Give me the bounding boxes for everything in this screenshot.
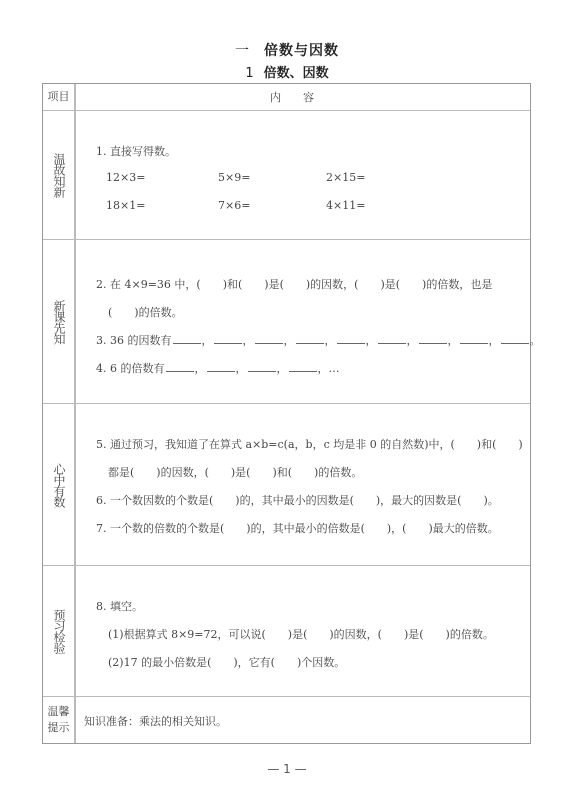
row-label: 温故知新: [52, 153, 65, 197]
row-label: 新课先知: [52, 300, 65, 344]
question-4-text: 4. 6 的倍数有: [96, 362, 165, 375]
question-5-line2: 都是( )的因数，( )是( )和( )的倍数。: [108, 464, 362, 480]
row-label-cell: 新课先知: [43, 240, 76, 403]
table-row-review: 温故知新 1. 直接写得数。 12×3= 5×9= 2×15= 18×1= 7×…: [43, 111, 530, 240]
worksheet-table: 项目 内容 温故知新 1. 直接写得数。 12×3= 5×9= 2×15= 18…: [42, 83, 531, 744]
equation: 2×15=: [326, 171, 365, 184]
chapter-title: 一倍数与因数: [0, 40, 574, 60]
header-content-cell: 内容: [76, 84, 530, 110]
question-1: 1. 直接写得数。: [96, 143, 176, 159]
answer-blank[interactable]: [248, 361, 276, 372]
question-4: 4. 6 的倍数有，，，，…: [96, 360, 340, 376]
question-2-line1: 2. 在 4×9=36 中，( )和( )是( )的因数，( )是( )的倍数，…: [96, 276, 492, 292]
question-8: 8. 填空。: [96, 598, 143, 614]
header-content-label: 内容: [270, 89, 336, 105]
question-2-line2: ( )的倍数。: [108, 304, 183, 320]
question-5-line1: 5. 通过预习，我知道了在算式 a×b=c(a，b，c 均是非 0 的自然数)中…: [96, 436, 523, 452]
equation: 18×1=: [106, 199, 145, 212]
question-8-part-2: (2)17 的最小倍数是( )，它有( )个因数。: [108, 654, 345, 670]
row-label: 心中有数: [52, 463, 65, 507]
question-4-end: ，…: [318, 362, 340, 375]
row-content: 5. 通过预习，我知道了在算式 a×b=c(a，b，c 均是非 0 的自然数)中…: [76, 404, 530, 565]
row-label: 预习检验: [52, 609, 65, 653]
table-row-preview-check: 预习检验 8. 填空。 (1)根据算式 8×9=72，可以说( )是( )的因数…: [43, 566, 530, 697]
answer-blank[interactable]: [214, 333, 242, 344]
answer-blank[interactable]: [255, 333, 283, 344]
row-label-line2: 提示: [46, 720, 72, 736]
section-number: 1: [245, 66, 253, 81]
page-number: — 1 —: [0, 762, 574, 776]
question-3: 3. 36 的因数有，，，，，，，，。: [96, 332, 541, 348]
answer-blank[interactable]: [501, 333, 529, 344]
answer-blank[interactable]: [296, 333, 324, 344]
chapter-number: 一: [235, 43, 250, 59]
answer-blank[interactable]: [378, 333, 406, 344]
answer-blank[interactable]: [207, 361, 235, 372]
row-content: 8. 填空。 (1)根据算式 8×9=72，可以说( )是( )的因数，( )是…: [76, 566, 530, 696]
table-row-understanding: 心中有数 5. 通过预习，我知道了在算式 a×b=c(a，b，c 均是非 0 的…: [43, 404, 530, 566]
row-label-line1: 温馨: [46, 704, 72, 720]
question-3-end: 。: [530, 334, 541, 347]
row-content: 1. 直接写得数。 12×3= 5×9= 2×15= 18×1= 7×6= 4×…: [76, 111, 530, 239]
question-3-text: 3. 36 的因数有: [96, 334, 172, 347]
table-row-tip: 温馨 提示 知识准备：乘法的相关知识。: [43, 697, 530, 743]
answer-blank[interactable]: [173, 333, 201, 344]
answer-blank[interactable]: [337, 333, 365, 344]
equation: 7×6=: [218, 199, 250, 212]
question-6: 6. 一个数因数的个数是( )的，其中最小的因数是( )，最大的因数是( )。: [96, 492, 499, 508]
table-header-row: 项目 内容: [43, 84, 530, 111]
table-row-new-lesson: 新课先知 2. 在 4×9=36 中，( )和( )是( )的因数，( )是( …: [43, 240, 530, 404]
row-content: 知识准备：乘法的相关知识。: [76, 697, 530, 743]
equation: 5×9=: [218, 171, 250, 184]
row-label-cell: 温馨 提示: [43, 697, 76, 743]
header-item-label: 项目: [46, 89, 72, 105]
tip-text: 知识准备：乘法的相关知识。: [84, 713, 227, 729]
question-7: 7. 一个数的倍数的个数是( )的，其中最小的倍数是( )，( )最大的倍数。: [96, 520, 499, 536]
row-content: 2. 在 4×9=36 中，( )和( )是( )的因数，( )是( )的倍数，…: [76, 240, 530, 403]
chapter-title-text: 倍数与因数: [264, 43, 339, 59]
section-title: 1倍数、因数: [0, 62, 574, 81]
answer-blank[interactable]: [460, 333, 488, 344]
header-item-cell: 项目: [43, 84, 76, 110]
answer-blank[interactable]: [289, 361, 317, 372]
equation: 12×3=: [106, 171, 145, 184]
section-title-text: 倍数、因数: [264, 66, 329, 81]
question-8-part-1: (1)根据算式 8×9=72，可以说( )是( )的因数，( )是( )的倍数。: [108, 626, 494, 642]
row-label-cell: 温故知新: [43, 111, 76, 239]
answer-blank[interactable]: [166, 361, 194, 372]
row-label-cell: 预习检验: [43, 566, 76, 696]
row-label-cell: 心中有数: [43, 404, 76, 565]
row-label: 温馨 提示: [46, 704, 72, 736]
answer-blank[interactable]: [419, 333, 447, 344]
equation: 4×11=: [326, 199, 365, 212]
